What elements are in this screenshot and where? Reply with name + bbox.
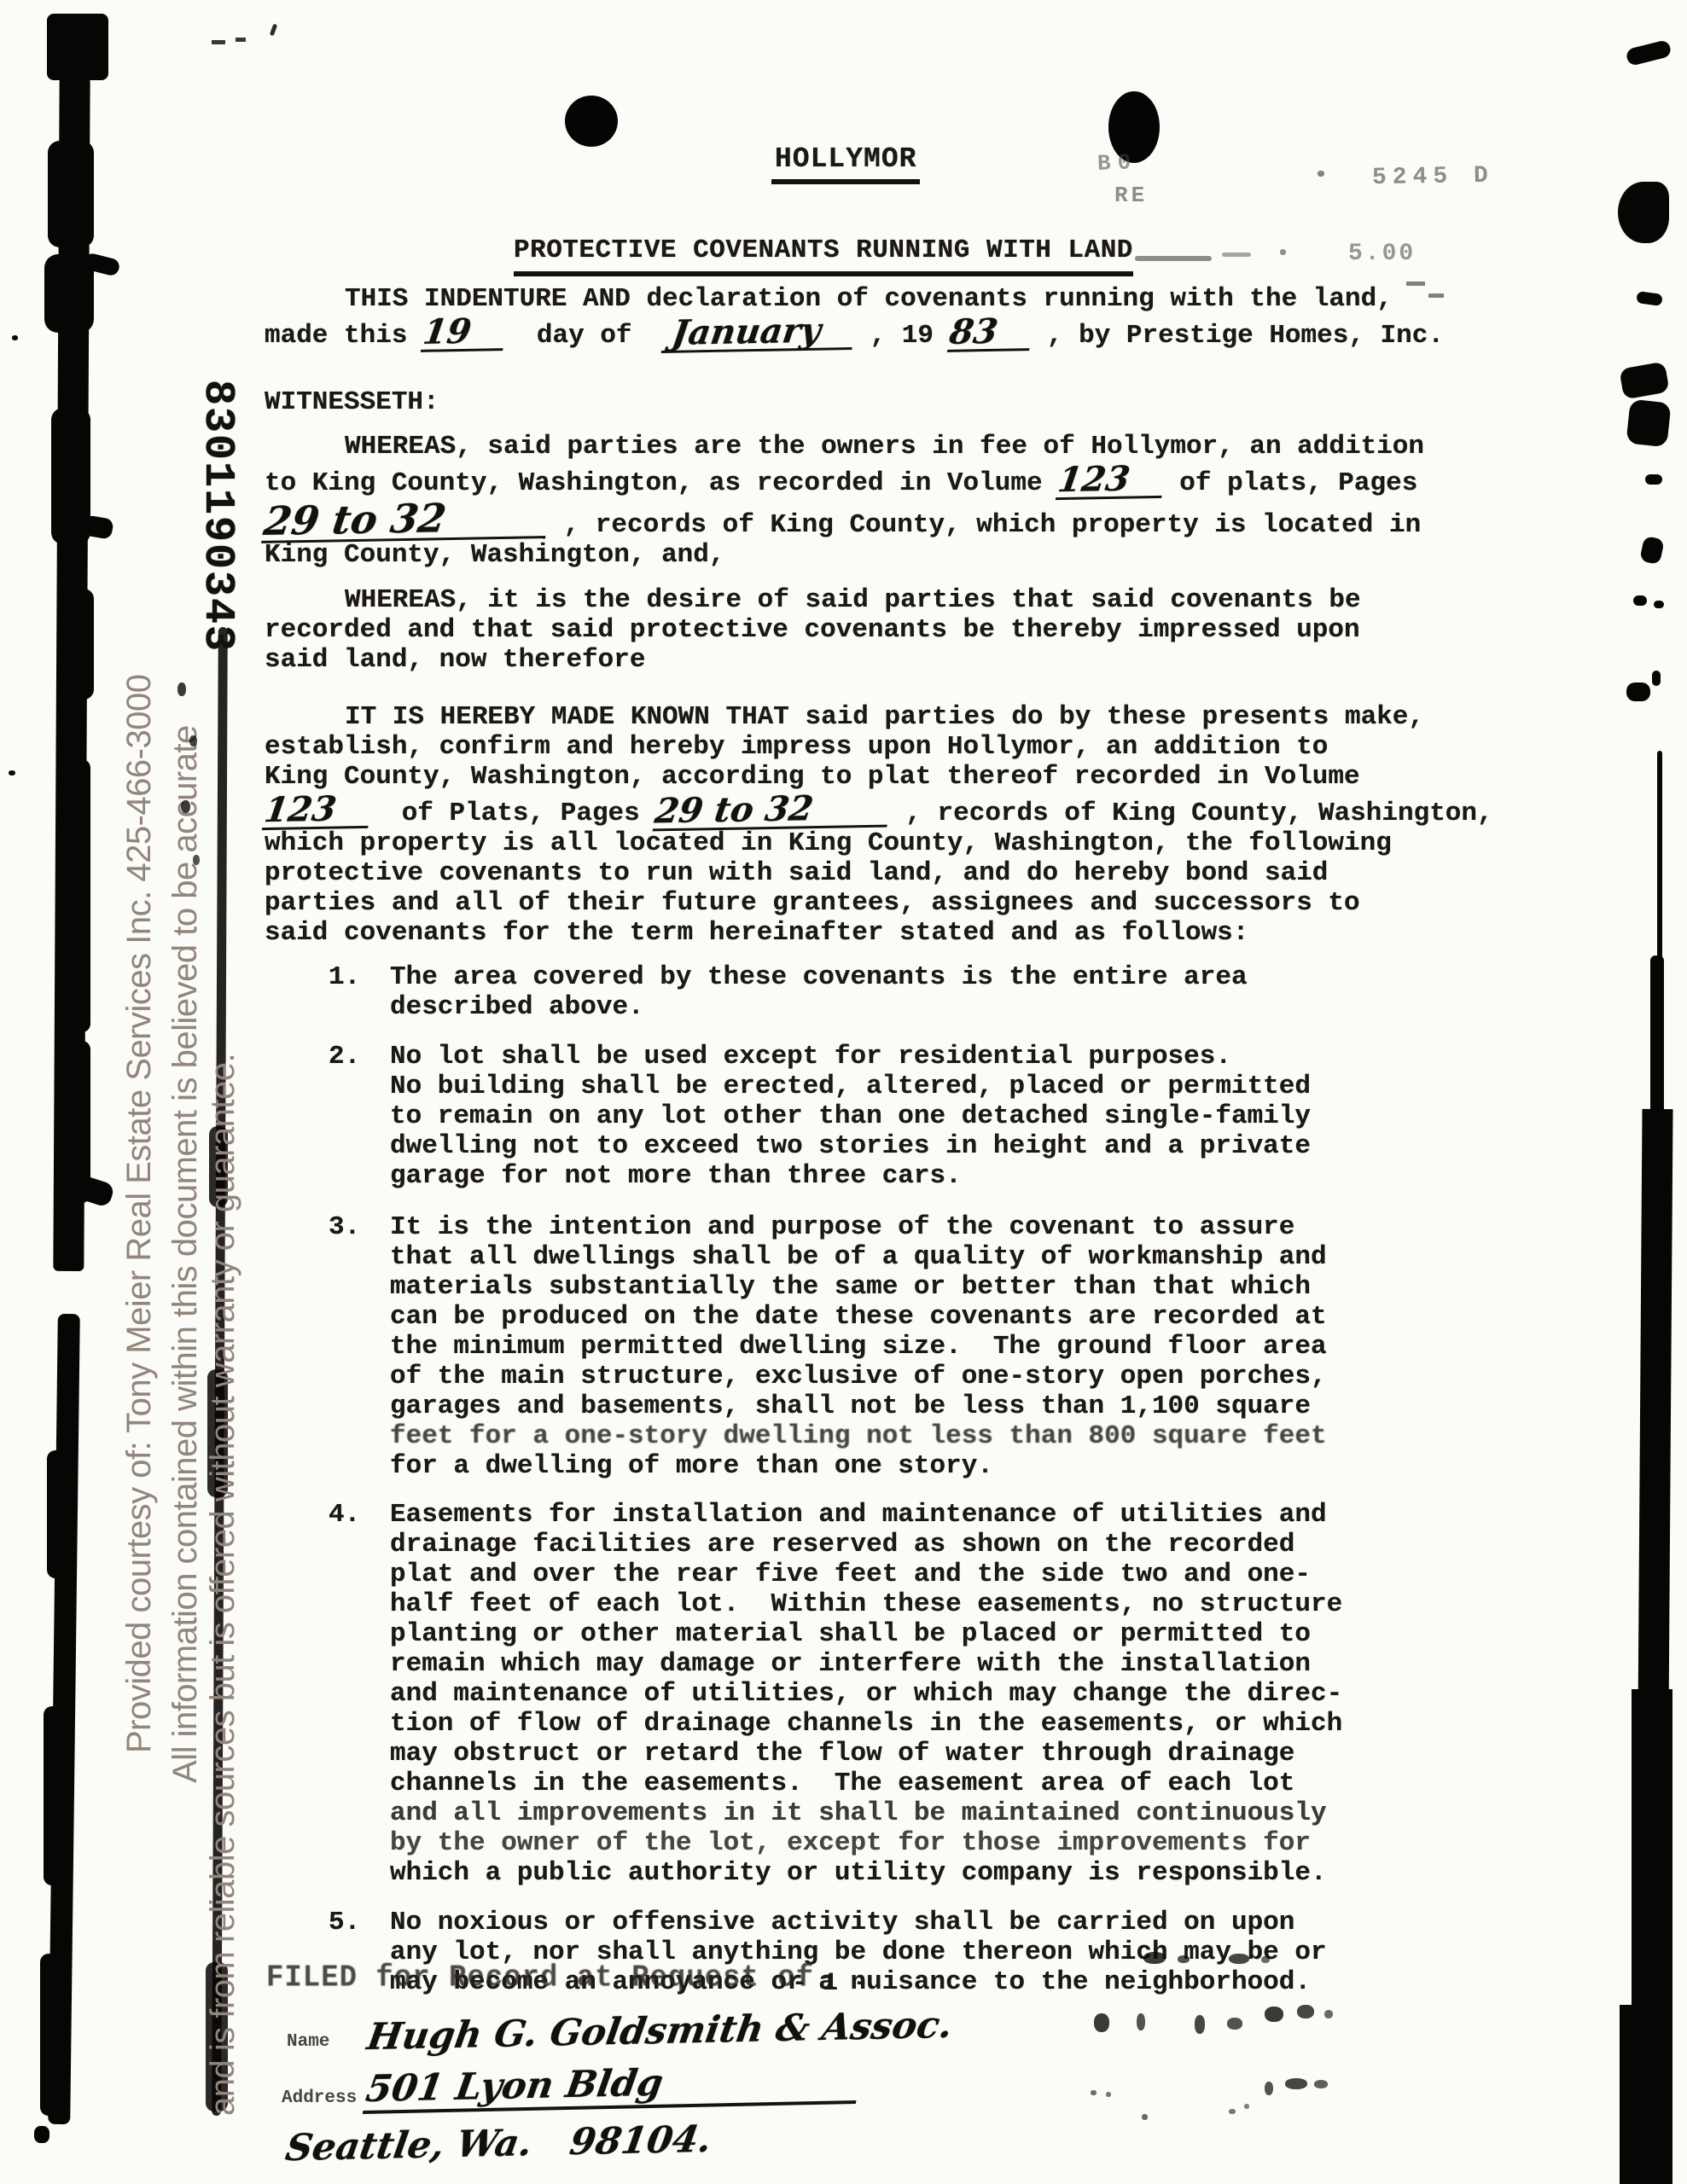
declaration-paragraph: IT IS HEREBY MADE KNOWN THAT said partie… xyxy=(265,702,1476,948)
witnesseth-heading: WITNESSETH: xyxy=(265,387,1476,417)
body-line: materials substantially the same or bett… xyxy=(390,1272,1327,1302)
filed-stamp-text: FILED for Record at Request of xyxy=(266,1961,814,1995)
body-line: described above. xyxy=(390,992,1248,1022)
covenant-item-1: 1. The area covered by these covenants i… xyxy=(329,962,1476,1022)
body-line: which property is all located in King Co… xyxy=(265,828,1476,858)
body-line: No noxious or offensive activity shall b… xyxy=(390,1908,1327,1937)
body-line: channels in the easements. The easement … xyxy=(390,1769,1342,1798)
body-line: recorded and that said protective covena… xyxy=(265,615,1476,645)
name-label: Name xyxy=(287,2032,329,2052)
body-line: garages and basements, shall not be less… xyxy=(390,1391,1327,1421)
stamp-fragment: 5245 D xyxy=(1372,163,1494,191)
body-line: establish, confirm and hereby impress up… xyxy=(265,732,1476,762)
body-line: King County, Washington, and, xyxy=(265,540,1476,570)
handwritten-city: Seattle, Wa. 98104. xyxy=(282,2118,714,2169)
body-line: and maintenance of utilities, or which m… xyxy=(390,1679,1342,1709)
stamp-fragment: 5.00 xyxy=(1348,241,1416,267)
subdivision-name: HOLLYMOR xyxy=(771,143,920,184)
handwritten-pages: 29 to 32 xyxy=(653,791,893,832)
body-line: by the owner of the lot, except for thos… xyxy=(390,1828,1342,1858)
document-body: THIS INDENTURE AND declaration of covena… xyxy=(265,284,1476,1997)
watermark-line: All information contained within this do… xyxy=(166,725,205,1783)
body-line: THIS INDENTURE AND declaration of covena… xyxy=(265,284,1476,314)
scanned-document-page: HOLLYMOR PROTECTIVE COVENANTS RUNNING WI… xyxy=(0,0,1687,2184)
covenant-item-3: 3. It is the intention and purpose of th… xyxy=(329,1212,1476,1481)
body-line: that all dwellings shall be of a quality… xyxy=(390,1242,1327,1272)
covenant-list: 1. The area covered by these covenants i… xyxy=(329,962,1476,1997)
body-line: King County, Washington, according to pl… xyxy=(265,762,1476,792)
body-line: of the main structure, exclusive of one-… xyxy=(390,1362,1327,1391)
intro-paragraph: THIS INDENTURE AND declaration of covena… xyxy=(265,284,1476,351)
body-line: dwelling not to exceed two stories in he… xyxy=(390,1131,1311,1161)
body-line: half feet of each lot. Within these ease… xyxy=(390,1589,1342,1619)
body-line: IT IS HEREBY MADE KNOWN THAT said partie… xyxy=(265,702,1476,732)
body-line: protective covenants to run with said la… xyxy=(265,858,1476,888)
body-line: said covenants for the term hereinafter … xyxy=(265,918,1476,948)
covenant-item-4: 4. Easements for installation and mainte… xyxy=(329,1500,1476,1888)
body-line: may obstruct or retard the flow of water… xyxy=(390,1739,1342,1769)
handwritten-name: Hugh G. Goldsmith & Assoc. xyxy=(364,2004,956,2059)
body-line: planting or other material shall be plac… xyxy=(390,1619,1342,1649)
handwritten-year: 83 xyxy=(946,314,1033,352)
document-title: PROTECTIVE COVENANTS RUNNING WITH LAND xyxy=(514,235,1133,276)
body-line: to remain on any lot other than one deta… xyxy=(390,1101,1311,1131)
body-line: drainage facilities are reserved as show… xyxy=(390,1530,1342,1560)
body-line: WHEREAS, said parties are the owners in … xyxy=(265,432,1476,462)
item-number: 1. xyxy=(329,962,390,1022)
body-line: said land, now therefore xyxy=(265,645,1476,675)
body-line: for a dwelling of more than one story. xyxy=(390,1451,1327,1481)
stamp-fragment: B0 xyxy=(1097,149,1137,177)
handwritten-day: 19 xyxy=(421,314,508,352)
handwritten-month: January xyxy=(660,313,857,353)
body-line: 29 to 32 , records of King County, which… xyxy=(265,498,1476,540)
body-line: Easements for installation and maintenan… xyxy=(390,1500,1342,1530)
body-line: can be produced on the date these covena… xyxy=(390,1302,1327,1332)
item-number: 2. xyxy=(329,1042,390,1191)
body-line: which a public authority or utility comp… xyxy=(390,1858,1342,1888)
body-line: No lot shall be used except for resident… xyxy=(390,1042,1311,1072)
body-line: made this 19 day of January , 19 83 , by… xyxy=(265,314,1476,351)
recording-number: 8301190343 xyxy=(193,380,241,653)
body-line: and all improvements in it shall be main… xyxy=(390,1798,1342,1828)
body-line: the minimum permitted dwelling size. The… xyxy=(390,1332,1327,1362)
whereas-paragraph-1: WHEREAS, said parties are the owners in … xyxy=(265,432,1476,570)
page-number: - 1 - xyxy=(792,1969,869,1998)
body-line: WHEREAS, it is the desire of said partie… xyxy=(265,585,1476,615)
address-label: Address xyxy=(282,2088,357,2108)
handwritten-pages: 29 to 32 xyxy=(261,497,551,543)
handwritten-volume: 123 xyxy=(1056,462,1166,500)
body-line: plat and over the rear five feet and the… xyxy=(390,1560,1342,1589)
body-line: garage for not more than three cars. xyxy=(390,1161,1311,1191)
body-line: It is the intention and purpose of the c… xyxy=(390,1212,1327,1242)
watermark-line: Provided courtesy of: Tony Meier Real Es… xyxy=(119,675,159,1753)
stamp-fragment: RE xyxy=(1114,183,1148,208)
body-line: feet for a one-story dwelling not less t… xyxy=(390,1421,1327,1451)
item-number: 3. xyxy=(329,1212,390,1481)
whereas-paragraph-2: WHEREAS, it is the desire of said partie… xyxy=(265,585,1476,675)
body-line: 123 of Plats, Pages 29 to 32 , records o… xyxy=(265,792,1476,828)
body-line: tion of flow of drainage channels in the… xyxy=(390,1709,1342,1739)
body-line: parties and all of their future grantees… xyxy=(265,888,1476,918)
handwritten-address: 501 Lyon Bldg xyxy=(363,2058,864,2114)
body-line: No building shall be erected, altered, p… xyxy=(390,1072,1311,1101)
body-line: The area covered by these covenants is t… xyxy=(390,962,1248,992)
covenant-item-2: 2. No lot shall be used except for resid… xyxy=(329,1042,1476,1191)
body-line: to King County, Washington, as recorded … xyxy=(265,462,1476,498)
item-number: 4. xyxy=(329,1500,390,1888)
body-line: WITNESSETH: xyxy=(265,387,1476,417)
watermark-line: and is from reliable sources but is offe… xyxy=(203,1054,242,2116)
hole-punch-icon xyxy=(565,96,618,147)
handwritten-volume: 123 xyxy=(262,792,373,830)
body-line: remain which may damage or interfere wit… xyxy=(390,1649,1342,1679)
